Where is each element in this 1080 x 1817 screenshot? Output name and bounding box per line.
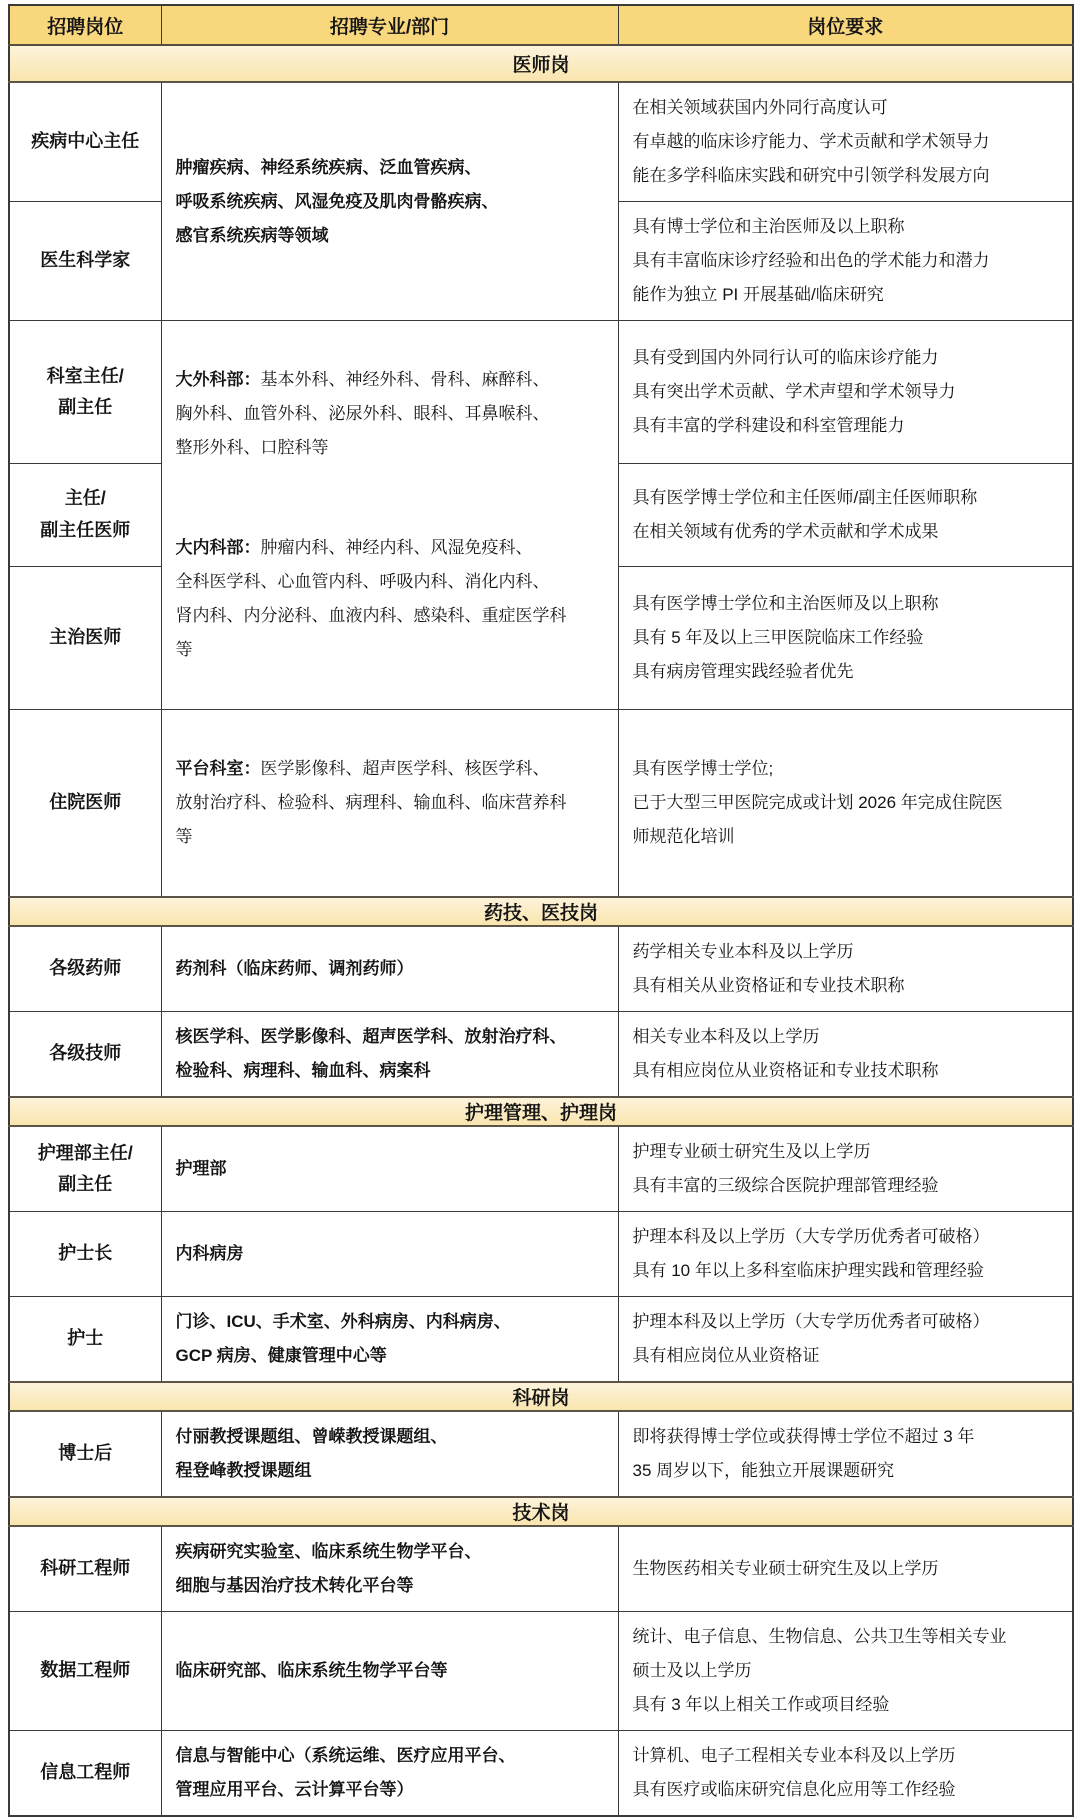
position-cell-technician: 各级技师 (9, 1012, 161, 1098)
requirements-cell-disease-center-director: 在相关领域获国内外同行高度认可 有卓越的临床诊疗能力、学术贡献和学术领导力 能在… (618, 82, 1073, 202)
department-cell-platform: 平台科室：医学影像科、超声医学科、核医学科、 放射治疗科、检验科、病理科、输血科… (161, 710, 618, 898)
position-cell-info-engineer: 信息工程师 (9, 1731, 161, 1817)
requirements-cell-nursing-director: 护理专业硕士研究生及以上学历 具有丰富的三级综合医院护理部管理经验 (618, 1126, 1073, 1212)
section-band-nursing-label: 护理管理、护理岗 (9, 1097, 1073, 1126)
department-cell-postdoc: 付丽教授课题组、曾嵘教授课题组、 程登峰教授课题组 (161, 1411, 618, 1497)
department-group-platform-label: 平台科室： (176, 759, 261, 778)
position-cell-resident-physician: 住院医师 (9, 710, 161, 898)
section-band-pharmacy-tech: 药技、医技岗 (9, 897, 1073, 926)
row-nurse: 护士 门诊、ICU、手术室、外科病房、内科病房、 GCP 病房、健康管理中心等 … (9, 1297, 1073, 1383)
requirements-cell-info-engineer: 计算机、电子工程相关专业本科及以上学历 具有医疗或临床研究信息化应用等工作经验 (618, 1731, 1073, 1817)
department-cell-data-engineer: 临床研究部、临床系统生物学平台等 (161, 1612, 618, 1731)
position-cell-head-nurse: 护士长 (9, 1212, 161, 1297)
position-cell-chief-physician: 主任/ 副主任医师 (9, 464, 161, 566)
row-postdoc: 博士后 付丽教授课题组、曾嵘教授课题组、 程登峰教授课题组 即将获得博士学位或获… (9, 1411, 1073, 1497)
requirements-cell-attending-physician: 具有医学博士学位和主治医师及以上职称 具有 5 年及以上三甲医院临床工作经验 具… (618, 566, 1073, 709)
position-cell-physician-scientist: 医生科学家 (9, 202, 161, 321)
requirements-cell-research-engineer: 生物医药相关专业硕士研究生及以上学历 (618, 1526, 1073, 1612)
table-header-row: 招聘岗位 招聘专业/部门 岗位要求 (9, 5, 1073, 45)
requirements-cell-chief-physician: 具有医学博士学位和主任医师/副主任医师职称 在相关领域有优秀的学术贡献和学术成果 (618, 464, 1073, 566)
department-cell-nurse: 门诊、ICU、手术室、外科病房、内科病房、 GCP 病房、健康管理中心等 (161, 1297, 618, 1383)
position-cell-nursing-director: 护理部主任/ 副主任 (9, 1126, 161, 1212)
row-resident-physician: 住院医师 平台科室：医学影像科、超声医学科、核医学科、 放射治疗科、检验科、病理… (9, 710, 1073, 898)
section-band-physician-label: 医师岗 (9, 45, 1073, 82)
header-department: 招聘专业/部门 (161, 5, 618, 45)
section-band-nursing: 护理管理、护理岗 (9, 1097, 1073, 1126)
department-group-surgery: 大外科部：基本外科、神经外科、骨科、麻醉科、 胸外科、血管外科、泌尿外科、眼科、… (176, 363, 608, 465)
department-group-internal-label: 大内科部： (176, 538, 261, 557)
department-cell-nursing-director: 护理部 (161, 1126, 618, 1212)
row-data-engineer: 数据工程师 临床研究部、临床系统生物学平台等 统计、电子信息、生物信息、公共卫生… (9, 1612, 1073, 1731)
position-cell-postdoc: 博士后 (9, 1411, 161, 1497)
position-cell-attending-physician: 主治医师 (9, 566, 161, 709)
page: 招聘岗位 招聘专业/部门 岗位要求 医师岗 疾病中心主任 肿瘤疾病、神经系统疾病… (0, 0, 1080, 1817)
recruitment-table: 招聘岗位 招聘专业/部门 岗位要求 医师岗 疾病中心主任 肿瘤疾病、神经系统疾病… (8, 4, 1074, 1817)
section-band-research-label: 科研岗 (9, 1382, 1073, 1411)
header-requirements: 岗位要求 (618, 5, 1073, 45)
section-band-research: 科研岗 (9, 1382, 1073, 1411)
section-band-pharmacy-tech-label: 药技、医技岗 (9, 897, 1073, 926)
department-cell-disease-areas: 肿瘤疾病、神经系统疾病、泛血管疾病、 呼吸系统疾病、风湿免疫及肌肉骨骼疾病、 感… (161, 82, 618, 321)
requirements-cell-technician: 相关专业本科及以上学历 具有相应岗位从业资格证和专业技术职称 (618, 1012, 1073, 1098)
row-info-engineer: 信息工程师 信息与智能中心（系统运维、医疗应用平台、 管理应用平台、云计算平台等… (9, 1731, 1073, 1817)
row-pharmacist: 各级药师 药剂科（临床药师、调剂药师） 药学相关专业本科及以上学历 具有相关从业… (9, 926, 1073, 1012)
position-cell-pharmacist: 各级药师 (9, 926, 161, 1012)
department-cell-technician: 核医学科、医学影像科、超声医学科、放射治疗科、 检验科、病理科、输血科、病案科 (161, 1012, 618, 1098)
row-head-nurse: 护士长 内科病房 护理本科及以上学历（大专学历优秀者可破格） 具有 10 年以上… (9, 1212, 1073, 1297)
row-disease-center-director: 疾病中心主任 肿瘤疾病、神经系统疾病、泛血管疾病、 呼吸系统疾病、风湿免疫及肌肉… (9, 82, 1073, 202)
department-cell-research-engineer: 疾病研究实验室、临床系统生物学平台、 细胞与基因治疗技术转化平台等 (161, 1526, 618, 1612)
position-cell-data-engineer: 数据工程师 (9, 1612, 161, 1731)
requirements-cell-data-engineer: 统计、电子信息、生物信息、公共卫生等相关专业 硕士及以上学历 具有 3 年以上相… (618, 1612, 1073, 1731)
position-cell-dept-director: 科室主任/ 副主任 (9, 321, 161, 464)
department-cell-pharmacist: 药剂科（临床药师、调剂药师） (161, 926, 618, 1012)
requirements-cell-nurse: 护理本科及以上学历（大专学历优秀者可破格） 具有相应岗位从业资格证 (618, 1297, 1073, 1383)
department-cell-head-nurse: 内科病房 (161, 1212, 618, 1297)
requirements-cell-physician-scientist: 具有博士学位和主治医师及以上职称 具有丰富临床诊疗经验和出色的学术能力和潜力 能… (618, 202, 1073, 321)
department-group-platform: 平台科室：医学影像科、超声医学科、核医学科、 放射治疗科、检验科、病理科、输血科… (176, 752, 608, 854)
position-cell-research-engineer: 科研工程师 (9, 1526, 161, 1612)
department-group-surgery-label: 大外科部： (176, 370, 261, 389)
requirements-cell-pharmacist: 药学相关专业本科及以上学历 具有相关从业资格证和专业技术职称 (618, 926, 1073, 1012)
row-nursing-director: 护理部主任/ 副主任 护理部 护理专业硕士研究生及以上学历 具有丰富的三级综合医… (9, 1126, 1073, 1212)
section-band-technical: 技术岗 (9, 1497, 1073, 1526)
requirements-cell-head-nurse: 护理本科及以上学历（大专学历优秀者可破格） 具有 10 年以上多科室临床护理实践… (618, 1212, 1073, 1297)
department-cell-info-engineer: 信息与智能中心（系统运维、医疗应用平台、 管理应用平台、云计算平台等） (161, 1731, 618, 1817)
position-cell-disease-center-director: 疾病中心主任 (9, 82, 161, 202)
row-research-engineer: 科研工程师 疾病研究实验室、临床系统生物学平台、 细胞与基因治疗技术转化平台等 … (9, 1526, 1073, 1612)
section-band-physician: 医师岗 (9, 45, 1073, 82)
row-technician: 各级技师 核医学科、医学影像科、超声医学科、放射治疗科、 检验科、病理科、输血科… (9, 1012, 1073, 1098)
position-cell-nurse: 护士 (9, 1297, 161, 1383)
department-group-internal: 大内科部：肿瘤内科、神经内科、风湿免疫科、 全科医学科、心血管内科、呼吸内科、消… (176, 531, 608, 667)
header-position: 招聘岗位 (9, 5, 161, 45)
section-band-technical-label: 技术岗 (9, 1497, 1073, 1526)
row-dept-director: 科室主任/ 副主任 大外科部：基本外科、神经外科、骨科、麻醉科、 胸外科、血管外… (9, 321, 1073, 464)
requirements-cell-dept-director: 具有受到国内外同行认可的临床诊疗能力 具有突出学术贡献、学术声望和学术领导力 具… (618, 321, 1073, 464)
department-cell-surgery-internal: 大外科部：基本外科、神经外科、骨科、麻醉科、 胸外科、血管外科、泌尿外科、眼科、… (161, 321, 618, 710)
requirements-cell-postdoc: 即将获得博士学位或获得博士学位不超过 3 年 35 周岁以下，能独立开展课题研究 (618, 1411, 1073, 1497)
requirements-cell-resident-physician: 具有医学博士学位; 已于大型三甲医院完成或计划 2026 年完成住院医 师规范化… (618, 710, 1073, 898)
